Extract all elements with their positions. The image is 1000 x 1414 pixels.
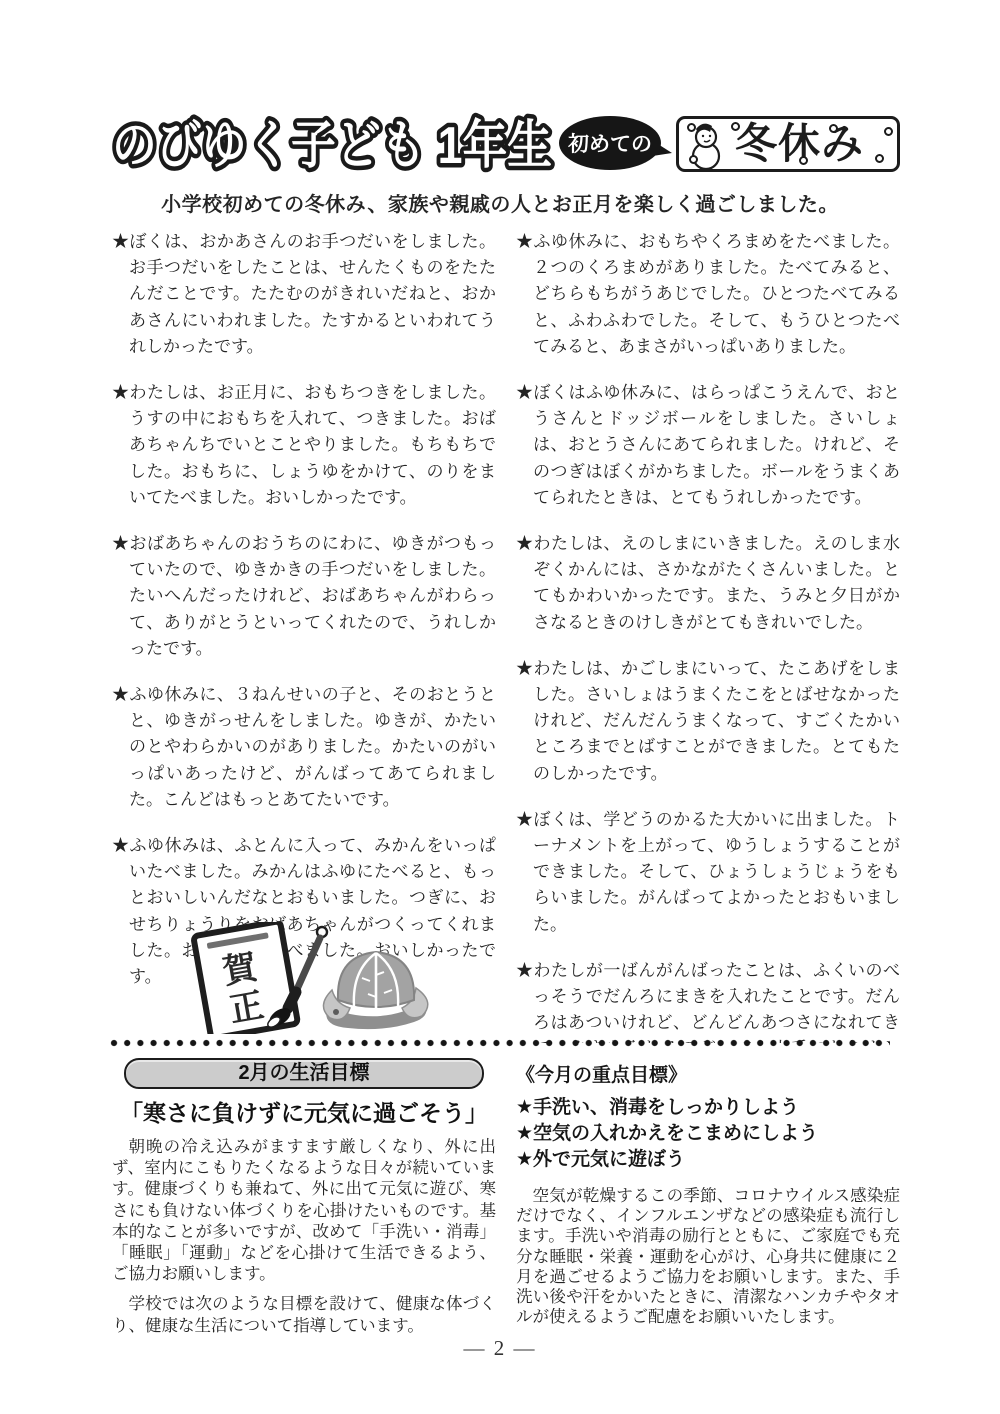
monthly-focus-title: 《今月の重点目標》 <box>516 1060 900 1087</box>
monthly-focus-item: ★空気の入れかえをこまめにしよう <box>516 1121 900 1147</box>
snow-dot-icon <box>875 154 884 163</box>
essay-paragraph: ★ぼくは、学どうのかるた大かいに出ました。トーナメントを上がって、ゆうしょうする… <box>516 807 900 938</box>
mandarin-icon <box>323 952 427 1029</box>
newsletter-page: のびゆく子ども 1年生 初めての 冬休み 小学校初め <box>0 0 1000 1414</box>
monthly-focus-column: 《今月の重点目標》 ★手洗い、消毒をしっかりしよう ★空気の入れかえをこまめにし… <box>516 1058 900 1344</box>
first-time-bubble: 初めての <box>558 113 674 175</box>
newyear-artwork: 賀 正 <box>170 922 450 1039</box>
essay-paragraph: ★ぼくはふゆ休みに、はらっぱこうえんで、おとうさんとドッジボールをしました。さい… <box>516 380 900 511</box>
essay-column-right: ★ふゆ休みに、おもちやくろまめをたべました。２つのくろまめがありました。たべてみ… <box>516 229 900 1043</box>
monthly-focus-item: ★手洗い、消毒をしっかりしよう <box>516 1095 900 1121</box>
bottom-section: 2月の生活目標 「寒さに負けずに元気に過ごそう」 朝晩の冷え込みがますます厳しく… <box>112 1058 900 1344</box>
life-goal-box-title: 2月の生活目標 <box>124 1058 484 1089</box>
life-goal-heading: 「寒さに負けずに元気に過ごそう」 <box>112 1095 496 1128</box>
card-char-bottom: 正 <box>227 987 267 1029</box>
newsletter-masthead: のびゆく子ども 1年生 初めての 冬休み <box>108 100 908 188</box>
essay-paragraph: ★ふゆ休みに、おもちやくろまめをたべました。２つのくろまめがありました。たべてみ… <box>516 229 900 360</box>
snow-dot-icon <box>689 155 698 164</box>
snow-dot-icon <box>731 122 740 131</box>
bubble-label: 初めての <box>568 132 652 156</box>
essay-paragraph: ★おばあちゃんのおうちのにわに、ゆきがつもっていたので、ゆきかきの手つだいをしま… <box>112 531 496 662</box>
monthly-focus-paragraph: 空気が乾燥するこの季節、コロナウイルス感染症だけでなく、インフルエンザなどの感染… <box>516 1186 900 1327</box>
essay-paragraph: ★ぼくは、おかあさんのお手つだいをしました。お手つだいをしたことは、せんたくもの… <box>112 229 496 360</box>
snow-dot-icon <box>799 156 808 165</box>
essay-column-left: ★ぼくは、おかあさんのお手つだいをしました。お手つだいをしたことは、せんたくもの… <box>112 229 496 1043</box>
essay-paragraph: ★わたしが一ばんがんばったことは、ふくいのべっそうでだんろにまきを入れたことです… <box>516 958 900 1043</box>
essay-paragraph: ★わたしは、お正月に、おもちつきをしました。うすの中におもちを入れて、つきました… <box>112 380 496 511</box>
life-goal-paragraph: 学校では次のような目標を設けて、健康な体づくり、健康な生活について指導しています… <box>112 1293 496 1335</box>
snow-dot-icon <box>829 124 838 133</box>
life-goal-paragraph: 朝晩の冷え込みがますます厳しくなり、外に出ず、室内にこもりたくなるような日々が続… <box>112 1136 496 1284</box>
title-outline-art: のびゆく子ども 1年生 <box>108 101 556 187</box>
essay-paragraph: ★ふゆ休みに、３ねんせいの子と、そのおとうとと、ゆきがっせんをしました。ゆきが、… <box>112 682 496 813</box>
newsletter-title-text: のびゆく子ども 1年生 <box>112 116 552 175</box>
winter-title-box: 冬休み <box>676 116 900 172</box>
monthly-focus-item: ★外で元気に遊ぼう <box>516 1147 900 1173</box>
essay-paragraph: ★わたしは、えのしまにいきました。えのしま水ぞくかんには、さかながたくさんいまし… <box>516 531 900 636</box>
essay-paragraph: ★わたしは、かごしまにいって、たこあげをしました。さいしょはうまくたこをとばせな… <box>516 656 900 787</box>
snow-dot-icon <box>687 123 696 132</box>
dotted-divider <box>110 1039 890 1047</box>
snow-dot-icon <box>884 127 893 136</box>
page-number: ― 2 ― <box>0 1336 1000 1361</box>
life-goal-column: 2月の生活目標 「寒さに負けずに元気に過ごそう」 朝晩の冷え込みがますます厳しく… <box>112 1058 496 1344</box>
essay-columns: ★ぼくは、おかあさんのお手つだいをしました。お手つだいをしたことは、せんたくもの… <box>112 229 900 1043</box>
newsletter-subtitle: 小学校初めての冬休み、家族や親戚の人とお正月を楽しく過ごしました。 <box>0 188 1000 217</box>
